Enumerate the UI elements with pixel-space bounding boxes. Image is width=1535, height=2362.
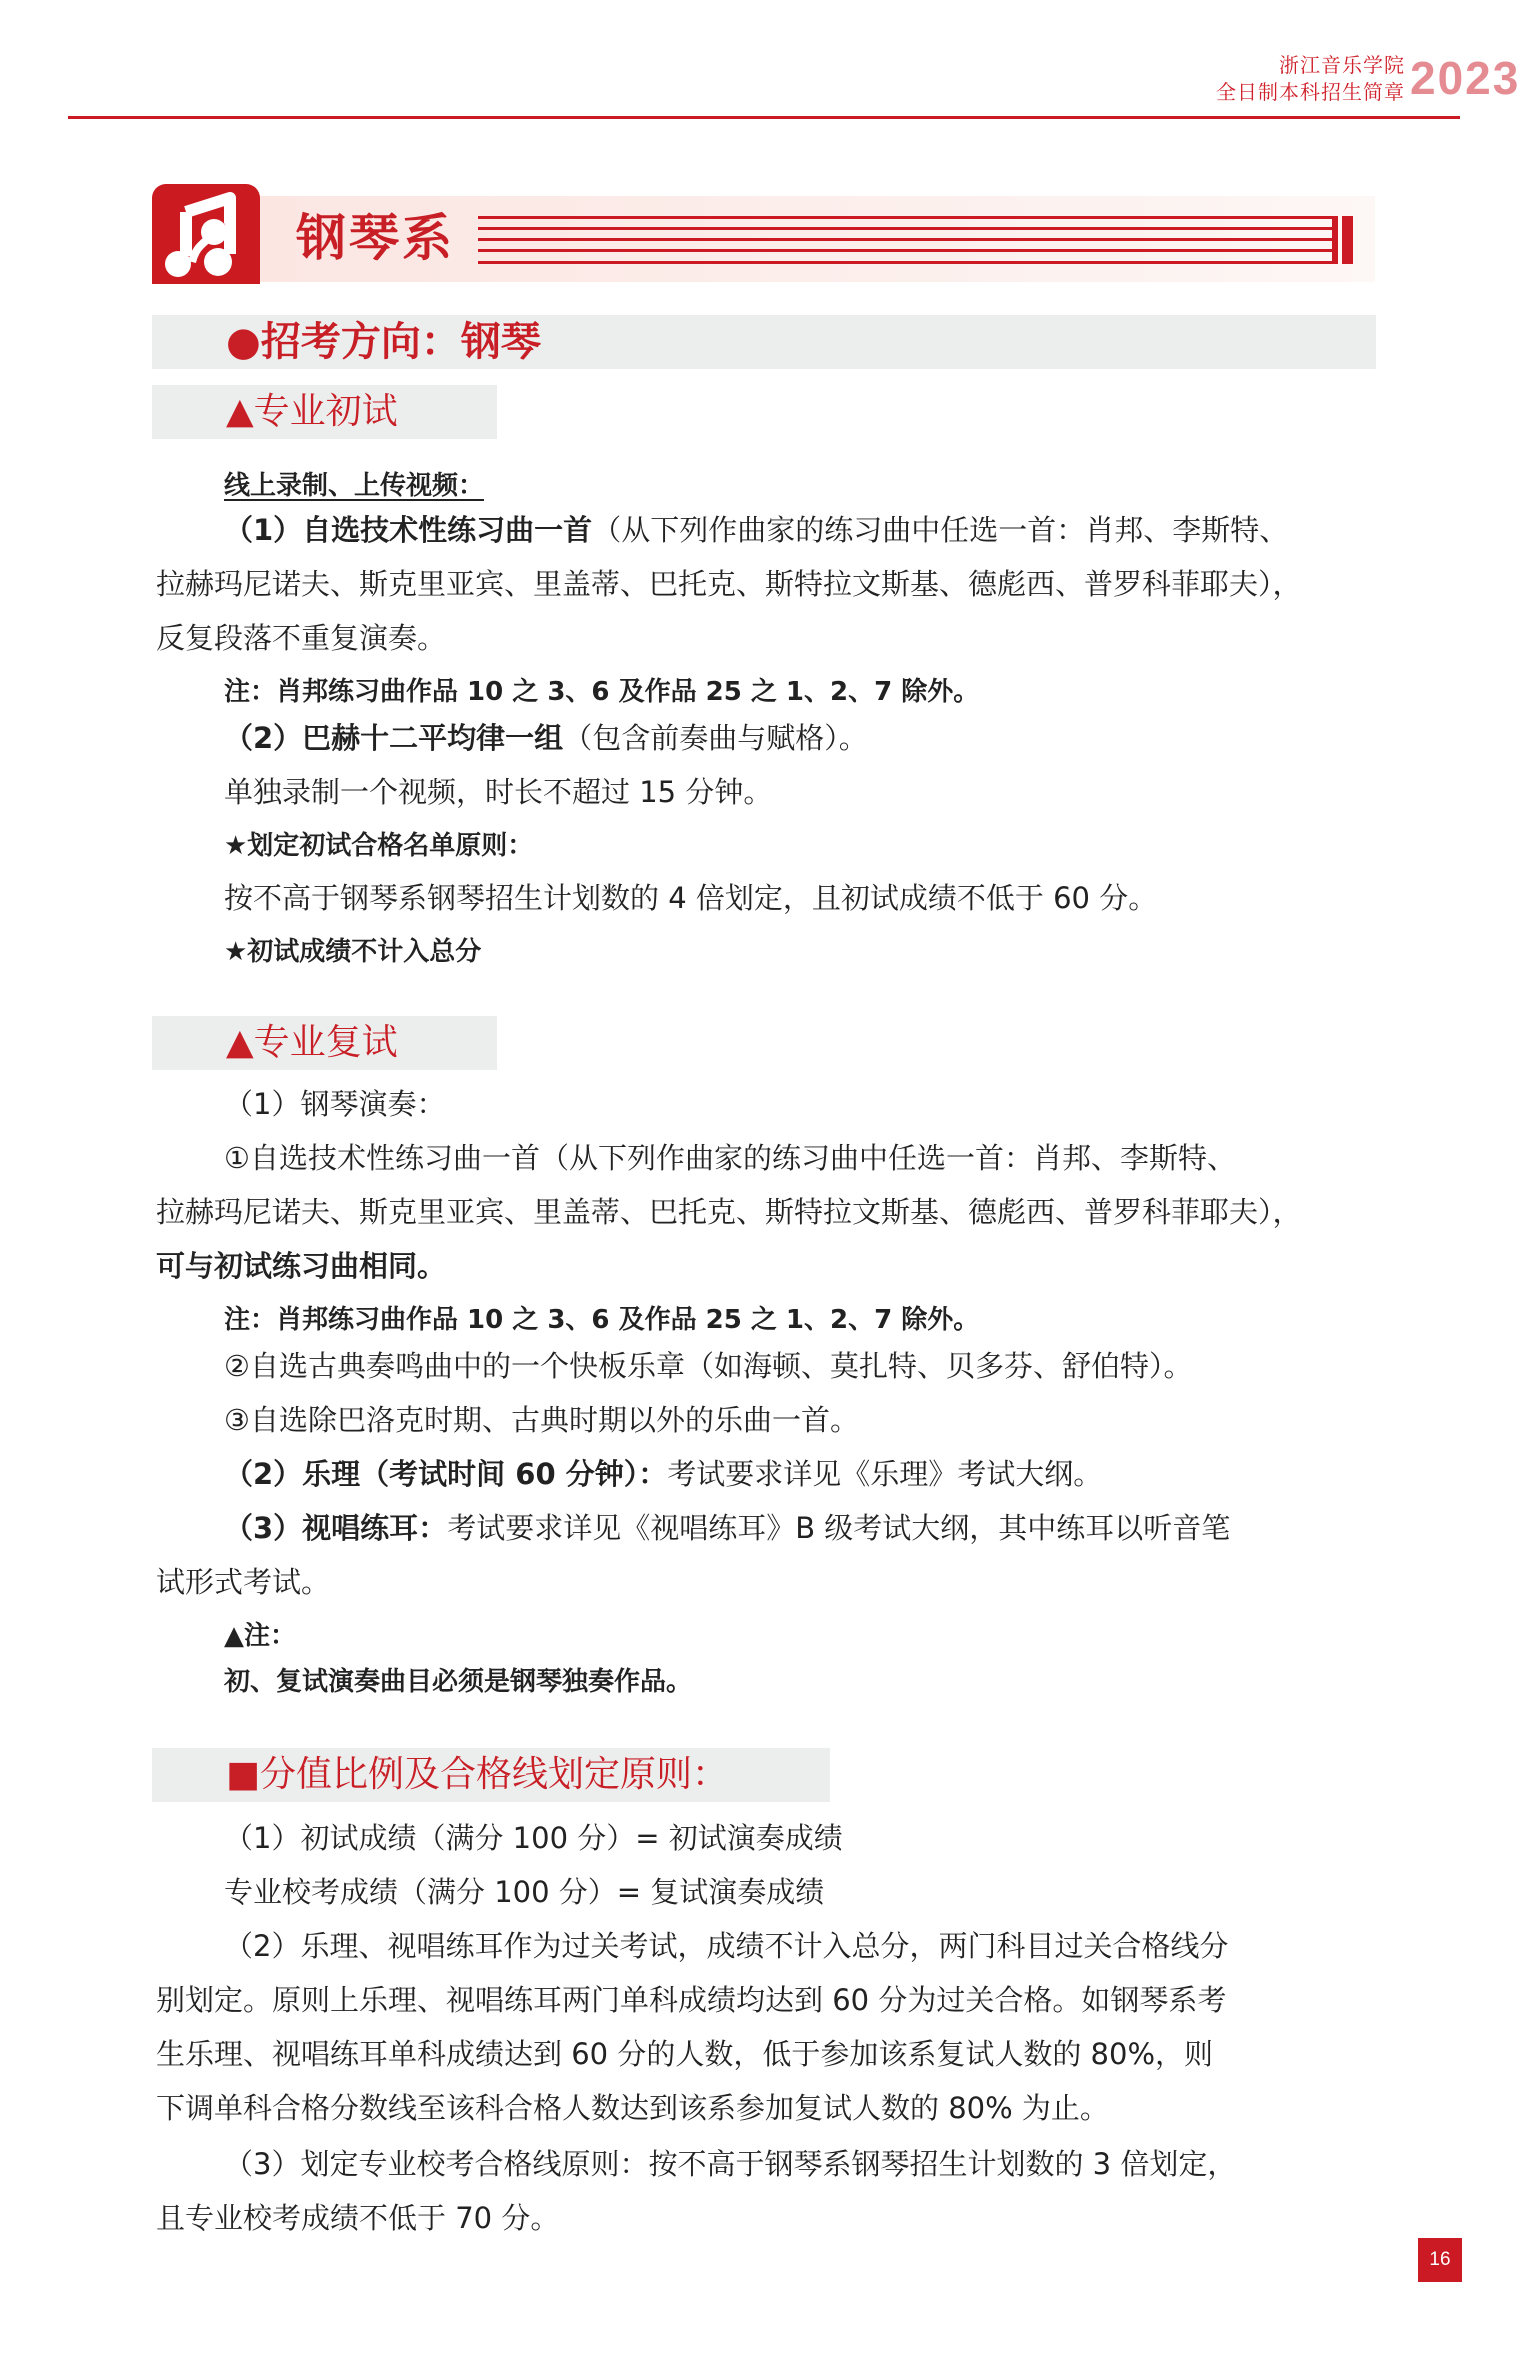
- prelim-item-1-title: （1）自选技术性练习曲一首: [224, 513, 592, 547]
- retest-solfege-title: （3）视唱练耳：: [224, 1511, 447, 1545]
- prelim-score-note: ★初试成绩不计入总分: [224, 932, 481, 972]
- brochure-subtitle: 全日制本科招生简章: [1216, 79, 1405, 106]
- retest-heading: ▲专业复试: [226, 1016, 398, 1070]
- scoring-para-2-line-4: 下调单科合格分数线至该科合格人数达到该系参加复试人数的 80% 为止。: [156, 2088, 1109, 2128]
- prelim-item-1-detail: （从下列作曲家的练习曲中任选一首：肖邦、李斯特、: [592, 513, 1288, 547]
- music-staff-decoration: [478, 216, 1333, 264]
- prelim-item-2: （2）巴赫十二平均律一组（包含前奏曲与赋格）。: [224, 718, 868, 758]
- scoring-para-2-line-1: （2）乐理、视唱练耳作为过关考试，成绩不计入总分，两门科目过关合格线分: [224, 1926, 1228, 1966]
- prelim-rule-heading: ★划定初试合格名单原则：: [224, 826, 533, 866]
- prelim-rule-text: 按不高于钢琴系钢琴招生计划数的 4 倍划定，且初试成绩不低于 60 分。: [224, 878, 1157, 918]
- prelim-item-1-line3: 反复段落不重复演奏。: [156, 618, 446, 658]
- music-note-icon: [152, 184, 260, 284]
- scoring-line-1: （1）初试成绩（满分 100 分）= 初试演奏成绩: [224, 1818, 843, 1858]
- retest-note: 注：肖邦练习曲作品 10 之 3、6 及作品 25 之 1、2、7 除外。: [224, 1300, 979, 1340]
- retest-perf-item-3: ③自选除巴洛克时期、古典时期以外的乐曲一首。: [224, 1400, 859, 1440]
- prelim-item-1-line2: 拉赫玛尼诺夫、斯克里亚宾、里盖蒂、巴托克、斯特拉文斯基、德彪西、普罗科菲耶夫），: [156, 564, 1302, 604]
- prelim-heading: ▲专业初试: [226, 385, 398, 439]
- retest-perf-item-1-line2: 拉赫玛尼诺夫、斯克里亚宾、里盖蒂、巴托克、斯特拉文斯基、德彪西、普罗科菲耶夫），: [156, 1192, 1302, 1232]
- brochure-header-text: 浙江音乐学院 全日制本科招生简章: [1216, 52, 1405, 106]
- scoring-para-3-line-2: 且专业校考成绩不低于 70 分。: [156, 2198, 559, 2238]
- retest-solfege-line2: 试形式考试。: [156, 1562, 330, 1602]
- retest-solfege-detail: 考试要求详见《视唱练耳》B 级考试大纲，其中练耳以听音笔: [447, 1511, 1230, 1545]
- prelim-item-2-title: （2）巴赫十二平均律一组: [224, 721, 563, 755]
- retest-note-text: 初、复试演奏曲目必须是钢琴独奏作品。: [224, 1662, 692, 1702]
- scoring-heading: ■分值比例及合格线划定原则：: [226, 1748, 728, 1802]
- prelim-mode: 线上录制、上传视频：: [224, 466, 484, 506]
- school-name: 浙江音乐学院: [1216, 52, 1405, 79]
- retest-perf-item-2: ②自选古典奏鸣曲中的一个快板乐章（如海顿、莫扎特、贝多芬、舒伯特）。: [224, 1346, 1193, 1386]
- prelim-item-1: （1）自选技术性练习曲一首（从下列作曲家的练习曲中任选一首：肖邦、李斯特、: [224, 510, 1288, 550]
- brochure-year: 2023: [1410, 50, 1520, 106]
- direction-title: ●招考方向：钢琴: [226, 315, 541, 369]
- scoring-para-2-line-3: 生乐理、视唱练耳单科成绩达到 60 分的人数，低于参加该系复试人数的 80%，则: [156, 2034, 1213, 2074]
- scoring-para-2-line-2: 别划定。原则上乐理、视唱练耳两门单科成绩均达到 60 分为过关合格。如钢琴系考: [156, 1980, 1226, 2020]
- retest-theory-title: （2）乐理（考试时间 60 分钟）：: [224, 1457, 667, 1491]
- prelim-video-note: 单独录制一个视频，时长不超过 15 分钟。: [224, 772, 772, 812]
- page-number: 16: [1418, 2238, 1462, 2282]
- retest-performance-heading: （1）钢琴演奏：: [224, 1084, 445, 1124]
- retest-solfege: （3）视唱练耳：考试要求详见《视唱练耳》B 级考试大纲，其中练耳以听音笔: [224, 1508, 1230, 1548]
- retest-perf-item-1-line3: 可与初试练习曲相同。: [156, 1246, 446, 1286]
- prelim-item-2-detail: （包含前奏曲与赋格）。: [563, 721, 868, 755]
- retest-note-heading: ▲注：: [224, 1616, 296, 1656]
- prelim-note: 注：肖邦练习曲作品 10 之 3、6 及作品 25 之 1、2、7 除外。: [224, 672, 979, 712]
- scoring-para-3-line-1: （3）划定专业校考合格线原则：按不高于钢琴系钢琴招生计划数的 3 倍划定，: [224, 2144, 1236, 2184]
- retest-theory: （2）乐理（考试时间 60 分钟）：考试要求详见《乐理》考试大纲。: [224, 1454, 1102, 1494]
- header-divider: [68, 116, 1460, 119]
- scoring-line-2: 专业校考成绩（满分 100 分）= 复试演奏成绩: [224, 1872, 824, 1912]
- retest-perf-item-1: ①自选技术性练习曲一首（从下列作曲家的练习曲中任选一首：肖邦、李斯特、: [224, 1138, 1236, 1178]
- retest-theory-detail: 考试要求详见《乐理》考试大纲。: [667, 1457, 1102, 1491]
- department-title: 钢琴系: [296, 203, 455, 273]
